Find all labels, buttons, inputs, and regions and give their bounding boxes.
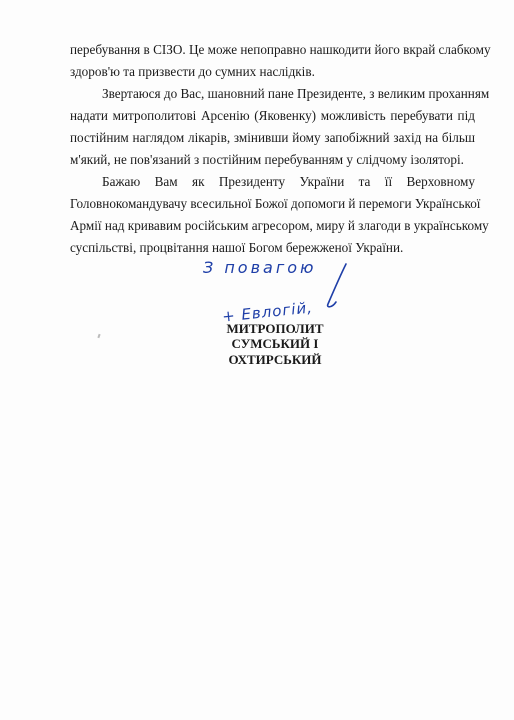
paragraph-3: Бажаю Вам як Президенту України та її Ве…: [70, 171, 475, 259]
text-line: здоров'ю та призвести до сумних наслідкі…: [70, 61, 475, 83]
signature-flourish-icon: [322, 262, 352, 312]
signatory-diocese: СУМСЬКИЙ І ОХТИРСЬКИЙ: [190, 336, 360, 368]
text-line: перебування в СІЗО. Це може непоправно н…: [70, 39, 475, 61]
text-line: Армії над кривавим російським агресором,…: [70, 215, 475, 237]
document-page: перебування в СІЗО. Це може непоправно н…: [0, 0, 514, 720]
paragraph-2: Звертаюся до Вас, шановний пане Президен…: [70, 83, 475, 171]
text-line: м'який, не пов'язаний з постійним перебу…: [70, 149, 475, 171]
handwritten-closing: З повагою: [203, 258, 317, 277]
paragraph-1: перебування в СІЗО. Це може непоправно н…: [70, 39, 475, 83]
text-line: Звертаюся до Вас, шановний пане Президен…: [70, 83, 475, 105]
scan-speck: [97, 334, 100, 338]
text-line: Головнокомандувачу всесильної Божої допо…: [70, 193, 475, 215]
letter-body: перебування в СІЗО. Це може непоправно н…: [70, 39, 475, 259]
text-line: суспільстві, процвітання нашої Богом бер…: [70, 237, 475, 259]
text-line: надати митрополитові Арсенію (Яковенку) …: [70, 105, 475, 127]
text-line: Бажаю Вам як Президенту України та її Ве…: [70, 171, 475, 193]
text-line: постійним наглядом лікарів, змінивши йом…: [70, 127, 475, 149]
signatory-title: МИТРОПОЛИТ: [190, 321, 360, 337]
